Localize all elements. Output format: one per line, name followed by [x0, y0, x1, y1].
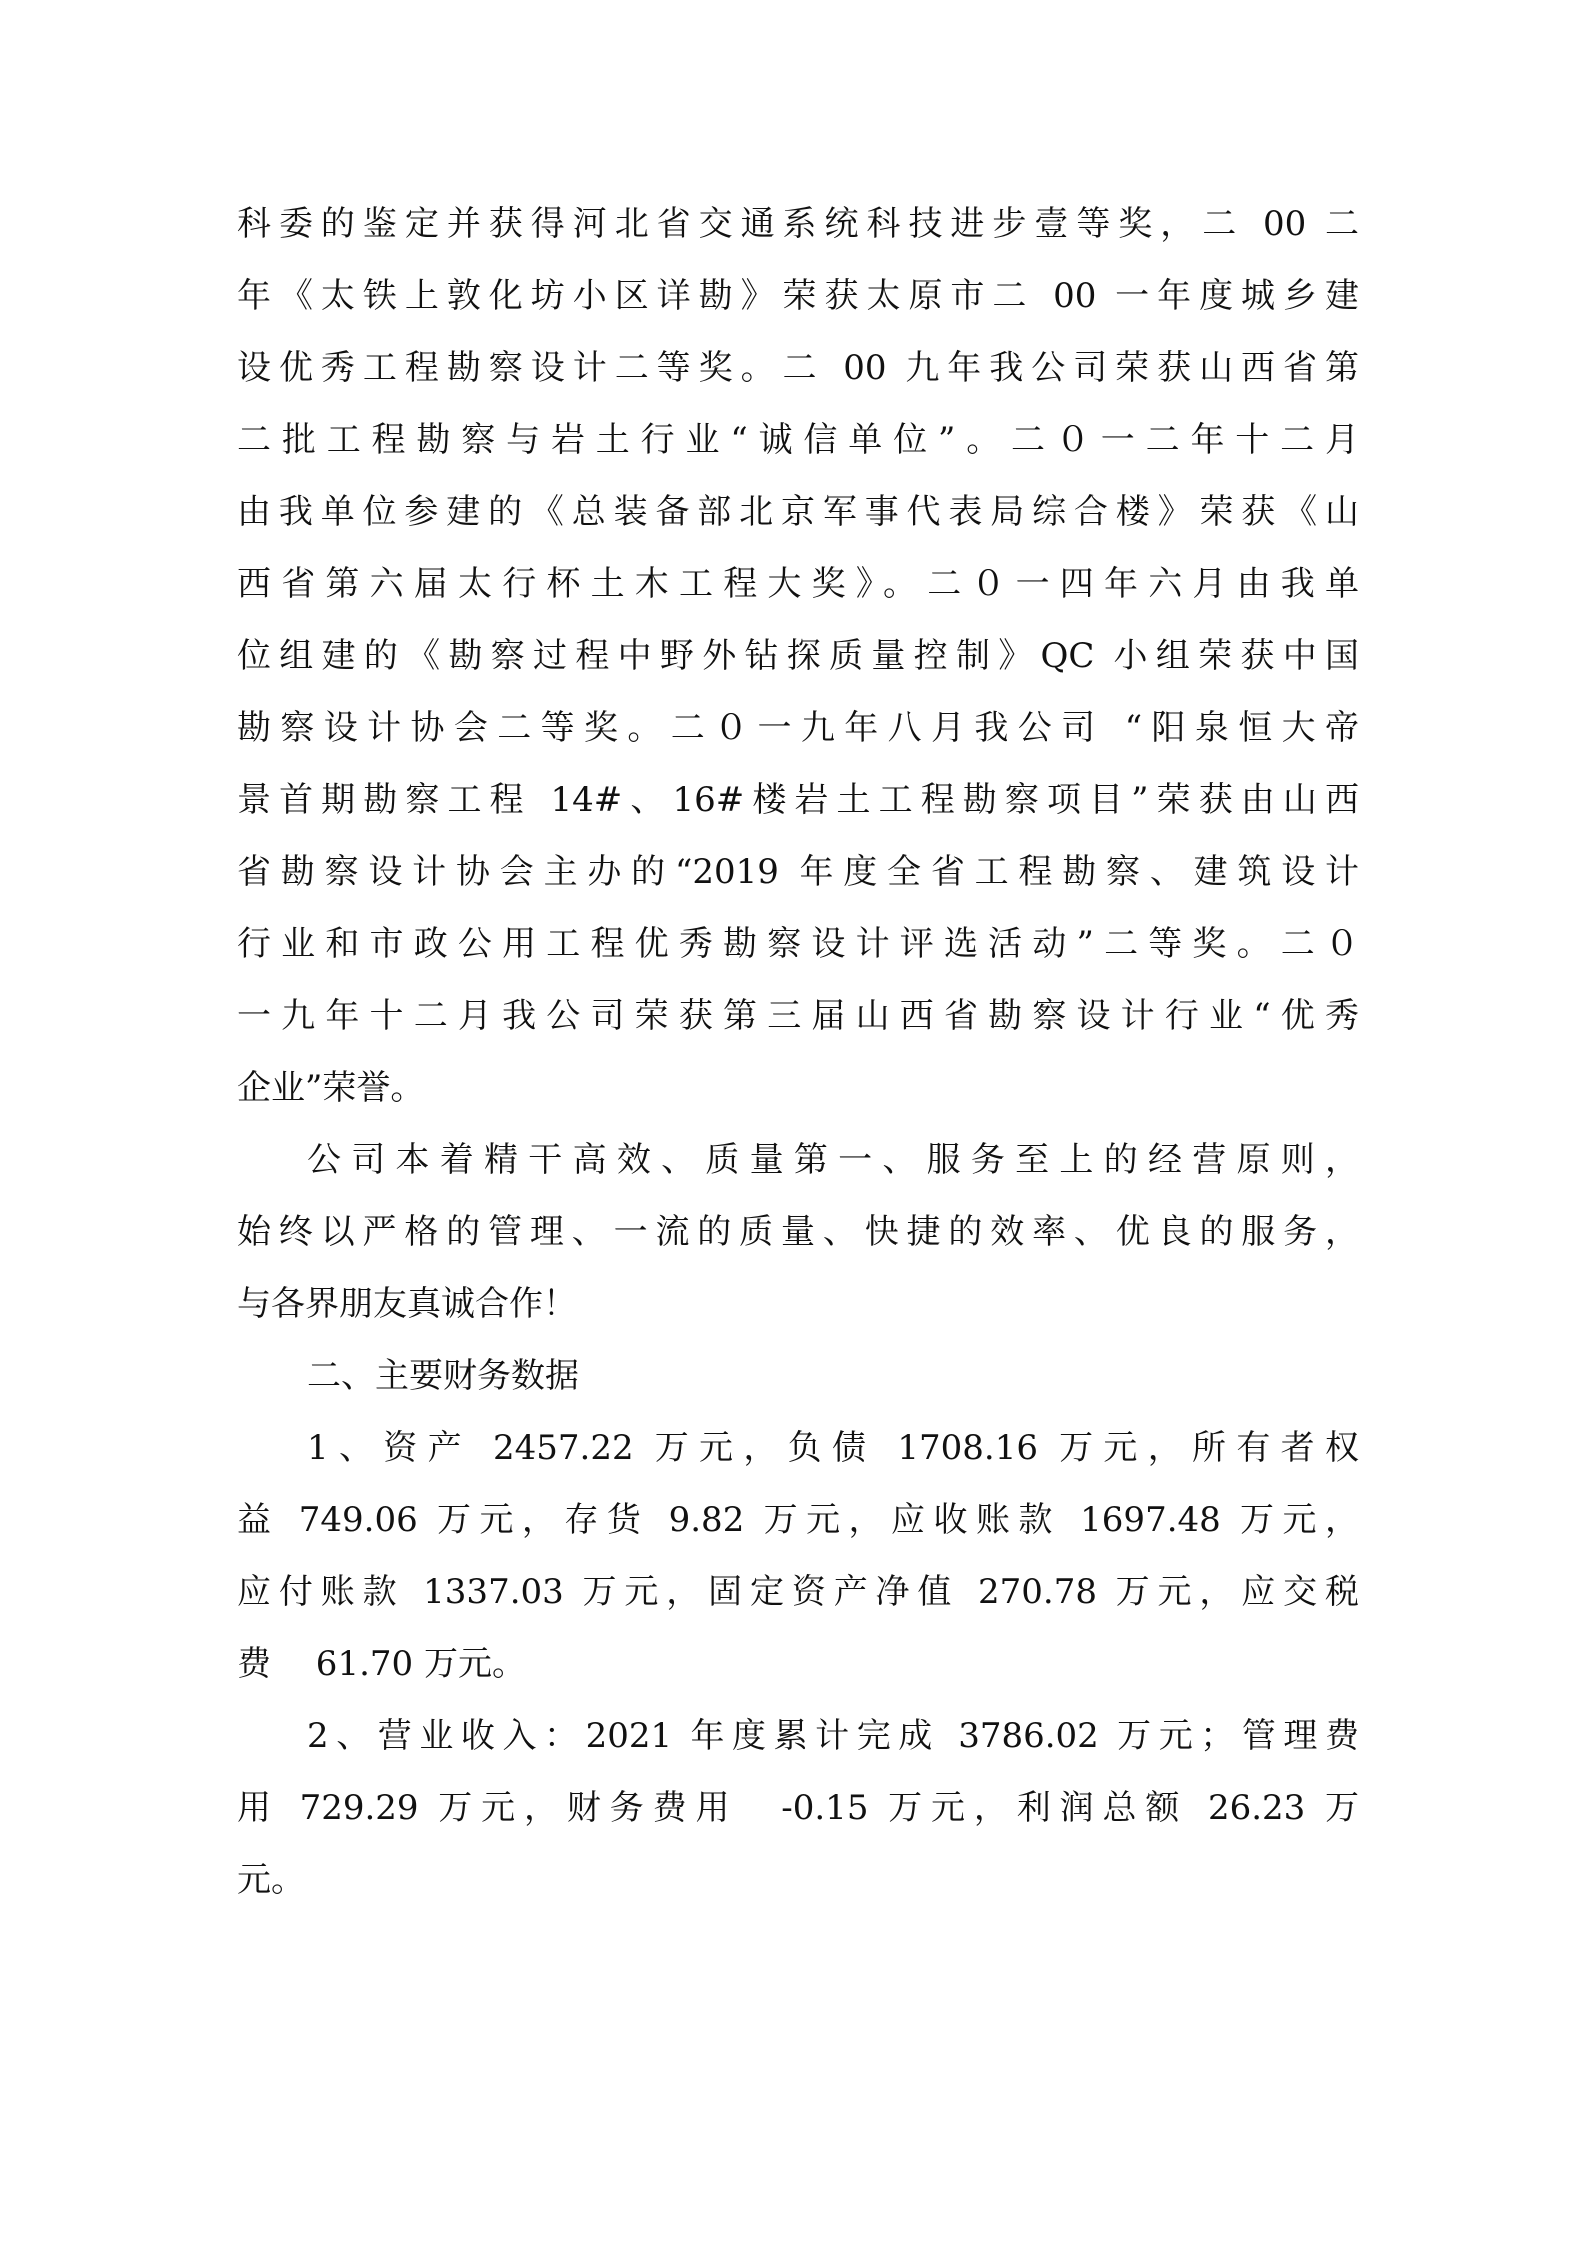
text-line: 一九年十二月我公司荣获第三届山西省勘察设计行业“优秀 [237, 980, 1359, 1052]
text-line: 2、营业收入：2021 年度累计完成 3786.02 万元；管理费 [237, 1700, 1359, 1772]
text-line: 行业和市政公用工程优秀勘察设计评选活动”二等奖。二０ [237, 908, 1359, 980]
text-line: 应付账款 1337.03 万元，固定资产净值 270.78 万元，应交税 [237, 1556, 1359, 1628]
text-line: 景首期勘察工程 14#、16#楼岩土工程勘察项目”荣获由山西 [237, 764, 1359, 836]
text-line: 用 729.29 万元，财务费用 -0.15 万元，利润总额 26.23 万 [237, 1772, 1359, 1844]
text-line: 由我单位参建的《总装备部北京军事代表局综合楼》荣获《山 [237, 476, 1359, 548]
paragraph-income-statement: 2、营业收入：2021 年度累计完成 3786.02 万元；管理费 用 729.… [237, 1700, 1359, 1916]
text-line: 与各界朋友真诚合作！ [237, 1268, 1359, 1340]
section-heading-financial-data: 二、主要财务数据 [237, 1340, 1359, 1412]
text-line: 勘察设计协会二等奖。二０一九年八月我公司 “阳泉恒大帝 [237, 692, 1359, 764]
text-line: 1、资产 2457.22 万元，负债 1708.16 万元，所有者权 [237, 1412, 1359, 1484]
text-line: 元。 [237, 1844, 1359, 1916]
document-page: 科委的鉴定并获得河北省交通系统科技进步壹等奖，二 00 二 年《太铁上敦化坊小区… [237, 188, 1359, 1916]
paragraph-awards: 科委的鉴定并获得河北省交通系统科技进步壹等奖，二 00 二 年《太铁上敦化坊小区… [237, 188, 1359, 1124]
text-line: 公司本着精干高效、质量第一、服务至上的经营原则， [237, 1124, 1359, 1196]
text-line: 设优秀工程勘察设计二等奖。二 00 九年我公司荣获山西省第 [237, 332, 1359, 404]
text-line: 省勘察设计协会主办的“2019 年度全省工程勘察、建筑设计 [237, 836, 1359, 908]
paragraph-balance-sheet: 1、资产 2457.22 万元，负债 1708.16 万元，所有者权 益 749… [237, 1412, 1359, 1700]
section-heading: 二、主要财务数据 [237, 1340, 1359, 1412]
text-line: 西省第六届太行杯土木工程大奖》。二０一四年六月由我单 [237, 548, 1359, 620]
text-line: 位组建的《勘察过程中野外钻探质量控制》QC 小组荣获中国 [237, 620, 1359, 692]
text-line: 费 61.70 万元。 [237, 1628, 1359, 1700]
text-line: 始终以严格的管理、一流的质量、快捷的效率、优良的服务， [237, 1196, 1359, 1268]
text-line: 二批工程勘察与岩土行业“诚信单位”。二０一二年十二月 [237, 404, 1359, 476]
text-line: 益 749.06 万元，存货 9.82 万元，应收账款 1697.48 万元， [237, 1484, 1359, 1556]
paragraph-principles: 公司本着精干高效、质量第一、服务至上的经营原则， 始终以严格的管理、一流的质量、… [237, 1124, 1359, 1340]
text-line: 年《太铁上敦化坊小区详勘》荣获太原市二 00 一年度城乡建 [237, 260, 1359, 332]
text-line: 科委的鉴定并获得河北省交通系统科技进步壹等奖，二 00 二 [237, 188, 1359, 260]
text-line: 企业”荣誉。 [237, 1052, 1359, 1124]
